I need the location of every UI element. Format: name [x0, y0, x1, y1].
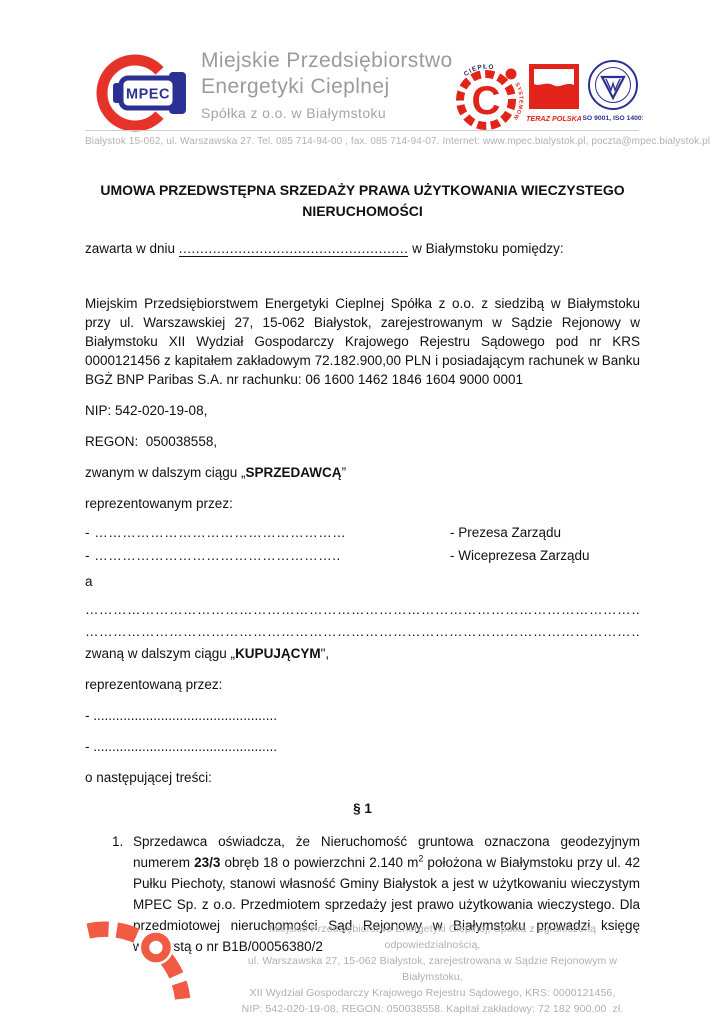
buyer-blank-line-2: ……………………………………………………………………………………………………………	[85, 623, 640, 640]
footer-line-2: ul. Warszawska 27, 15-062 Białystok, zar…	[225, 953, 640, 985]
item-text-p2: obręb 18 o powierzchni 2.140 m	[220, 855, 418, 870]
footer-line-3: XII Wydział Gospodarczy Krajowego Rejest…	[225, 985, 640, 1001]
seller-alias-term: SPRZEDAWCĄ	[246, 465, 342, 480]
buyer-alias-prefix: zwaną w dalszym ciągu „	[85, 646, 235, 661]
closing-label: o następującej treści:	[85, 769, 640, 786]
buyer-alias-suffix: ",	[321, 646, 330, 661]
seller-rep-role-2: - Wiceprezesa Zarządu	[450, 547, 590, 564]
buyer-repr-label: reprezentowaną przez:	[85, 676, 640, 693]
seller-repr-label: reprezentowanym przez:	[85, 495, 640, 512]
mpec-logo-text: MPEC	[126, 87, 170, 103]
footer-line-4: NIP: 542-020-19-08, REGON: 050038558. Ka…	[225, 1001, 640, 1017]
seller-details-paragraph: Miejskim Przedsiębiorstwem Energetyki Ci…	[85, 294, 640, 389]
company-name-line1: Miejskie Przedsiębiorstwo	[201, 48, 453, 74]
seller-rep-blank-2: - ……………………………………………..	[85, 547, 450, 564]
plot-number: 23/3	[194, 855, 220, 870]
iso-triangle	[602, 77, 624, 98]
seller-alias-line: zwanym w dalszym ciągu „SPRZEDAWCĄ”	[85, 464, 640, 481]
footer-company-info: Miejskie Przedsiębiorstwo Energetyki Cie…	[225, 921, 640, 1017]
seller-rep-blank-1: - ………………………………………………	[85, 524, 450, 541]
seller-alias-suffix: ”	[342, 465, 347, 480]
company-name-block: Miejskie Przedsiębiorstwo Energetyki Cie…	[201, 48, 453, 122]
seller-rep-row-1: - ……………………………………………… - Prezesa Zarządu	[85, 524, 640, 541]
document-title-line1: UMOWA PRZEDWSTĘPNA SRZEDAŻY PRAWA UŻYTKO…	[85, 180, 640, 201]
company-subtitle: Spółka z o.o. w Białymstoku	[201, 104, 453, 122]
teraz-polska-badge: TERAZ POLSKA	[527, 62, 581, 132]
document-title: UMOWA PRZEDWSTĘPNA SRZEDAŻY PRAWA UŻYTKO…	[85, 180, 640, 222]
cieplo-dot-icon	[506, 69, 517, 80]
section-1-heading: § 1	[85, 800, 640, 817]
buyer-blank-line-1: ……………………………………………………………………………………………………………	[85, 601, 640, 618]
seller-rep-role-1: - Prezesa Zarządu	[450, 524, 561, 541]
buyer-alias-term: KUPUJĄCYM	[235, 646, 321, 661]
cieplo-letter: C	[472, 79, 501, 123]
intro-line: zawarta w dniu .........................…	[85, 240, 640, 257]
contract-body: UMOWA PRZEDWSTĘPNA SRZEDAŻY PRAWA UŻYTKO…	[85, 180, 640, 957]
iso-caption: ISO 9001, ISO 14001	[583, 115, 643, 122]
conjunction-a: a	[85, 573, 640, 590]
footer-arc-logo	[80, 892, 198, 1007]
teraz-polska-flag-white	[534, 69, 574, 86]
seller-alias-prefix: zwanym w dalszym ciągu „	[85, 465, 246, 480]
cieplo-systemowe-badge: C CIEPŁO SYSTEMOWE	[449, 60, 525, 136]
mpec-logo: MPEC	[85, 47, 193, 139]
header-address-line: Białystok 15-062, ul. Warszawska 27. Tel…	[85, 136, 639, 147]
document-page: MPEC Miejskie Przedsiębiorstwo Energetyk…	[0, 0, 724, 1024]
buyer-alias-line: zwaną w dalszym ciągu „KUPUJĄCYM",	[85, 645, 640, 662]
company-name-line2: Energetyki Cieplnej	[201, 74, 453, 100]
footer-line-1: Miejskie Przedsiębiorstwo Energetyki Cie…	[225, 921, 640, 953]
header-divider	[85, 130, 639, 131]
buyer-rep-blank-1: - ......................................…	[85, 707, 640, 724]
regon-line: REGON: 050038558,	[85, 433, 640, 450]
nip-line: NIP: 542-020-19-08,	[85, 402, 640, 419]
buyer-rep-blank-2: - ......................................…	[85, 738, 640, 755]
seller-rep-row-2: - …………………………………………….. - Wiceprezesa Zarz…	[85, 547, 640, 564]
date-blank-field: ........................................…	[179, 241, 409, 257]
intro-suffix: w Białymstoku pomiędzy:	[408, 241, 563, 256]
intro-prefix: zawarta w dniu	[85, 241, 179, 256]
document-title-line2: NIERUCHOMOŚCI	[85, 201, 640, 222]
iso-cert-badge: ISO 9001, ISO 14001	[583, 56, 643, 136]
teraz-polska-caption: TERAZ POLSKA	[527, 114, 581, 123]
